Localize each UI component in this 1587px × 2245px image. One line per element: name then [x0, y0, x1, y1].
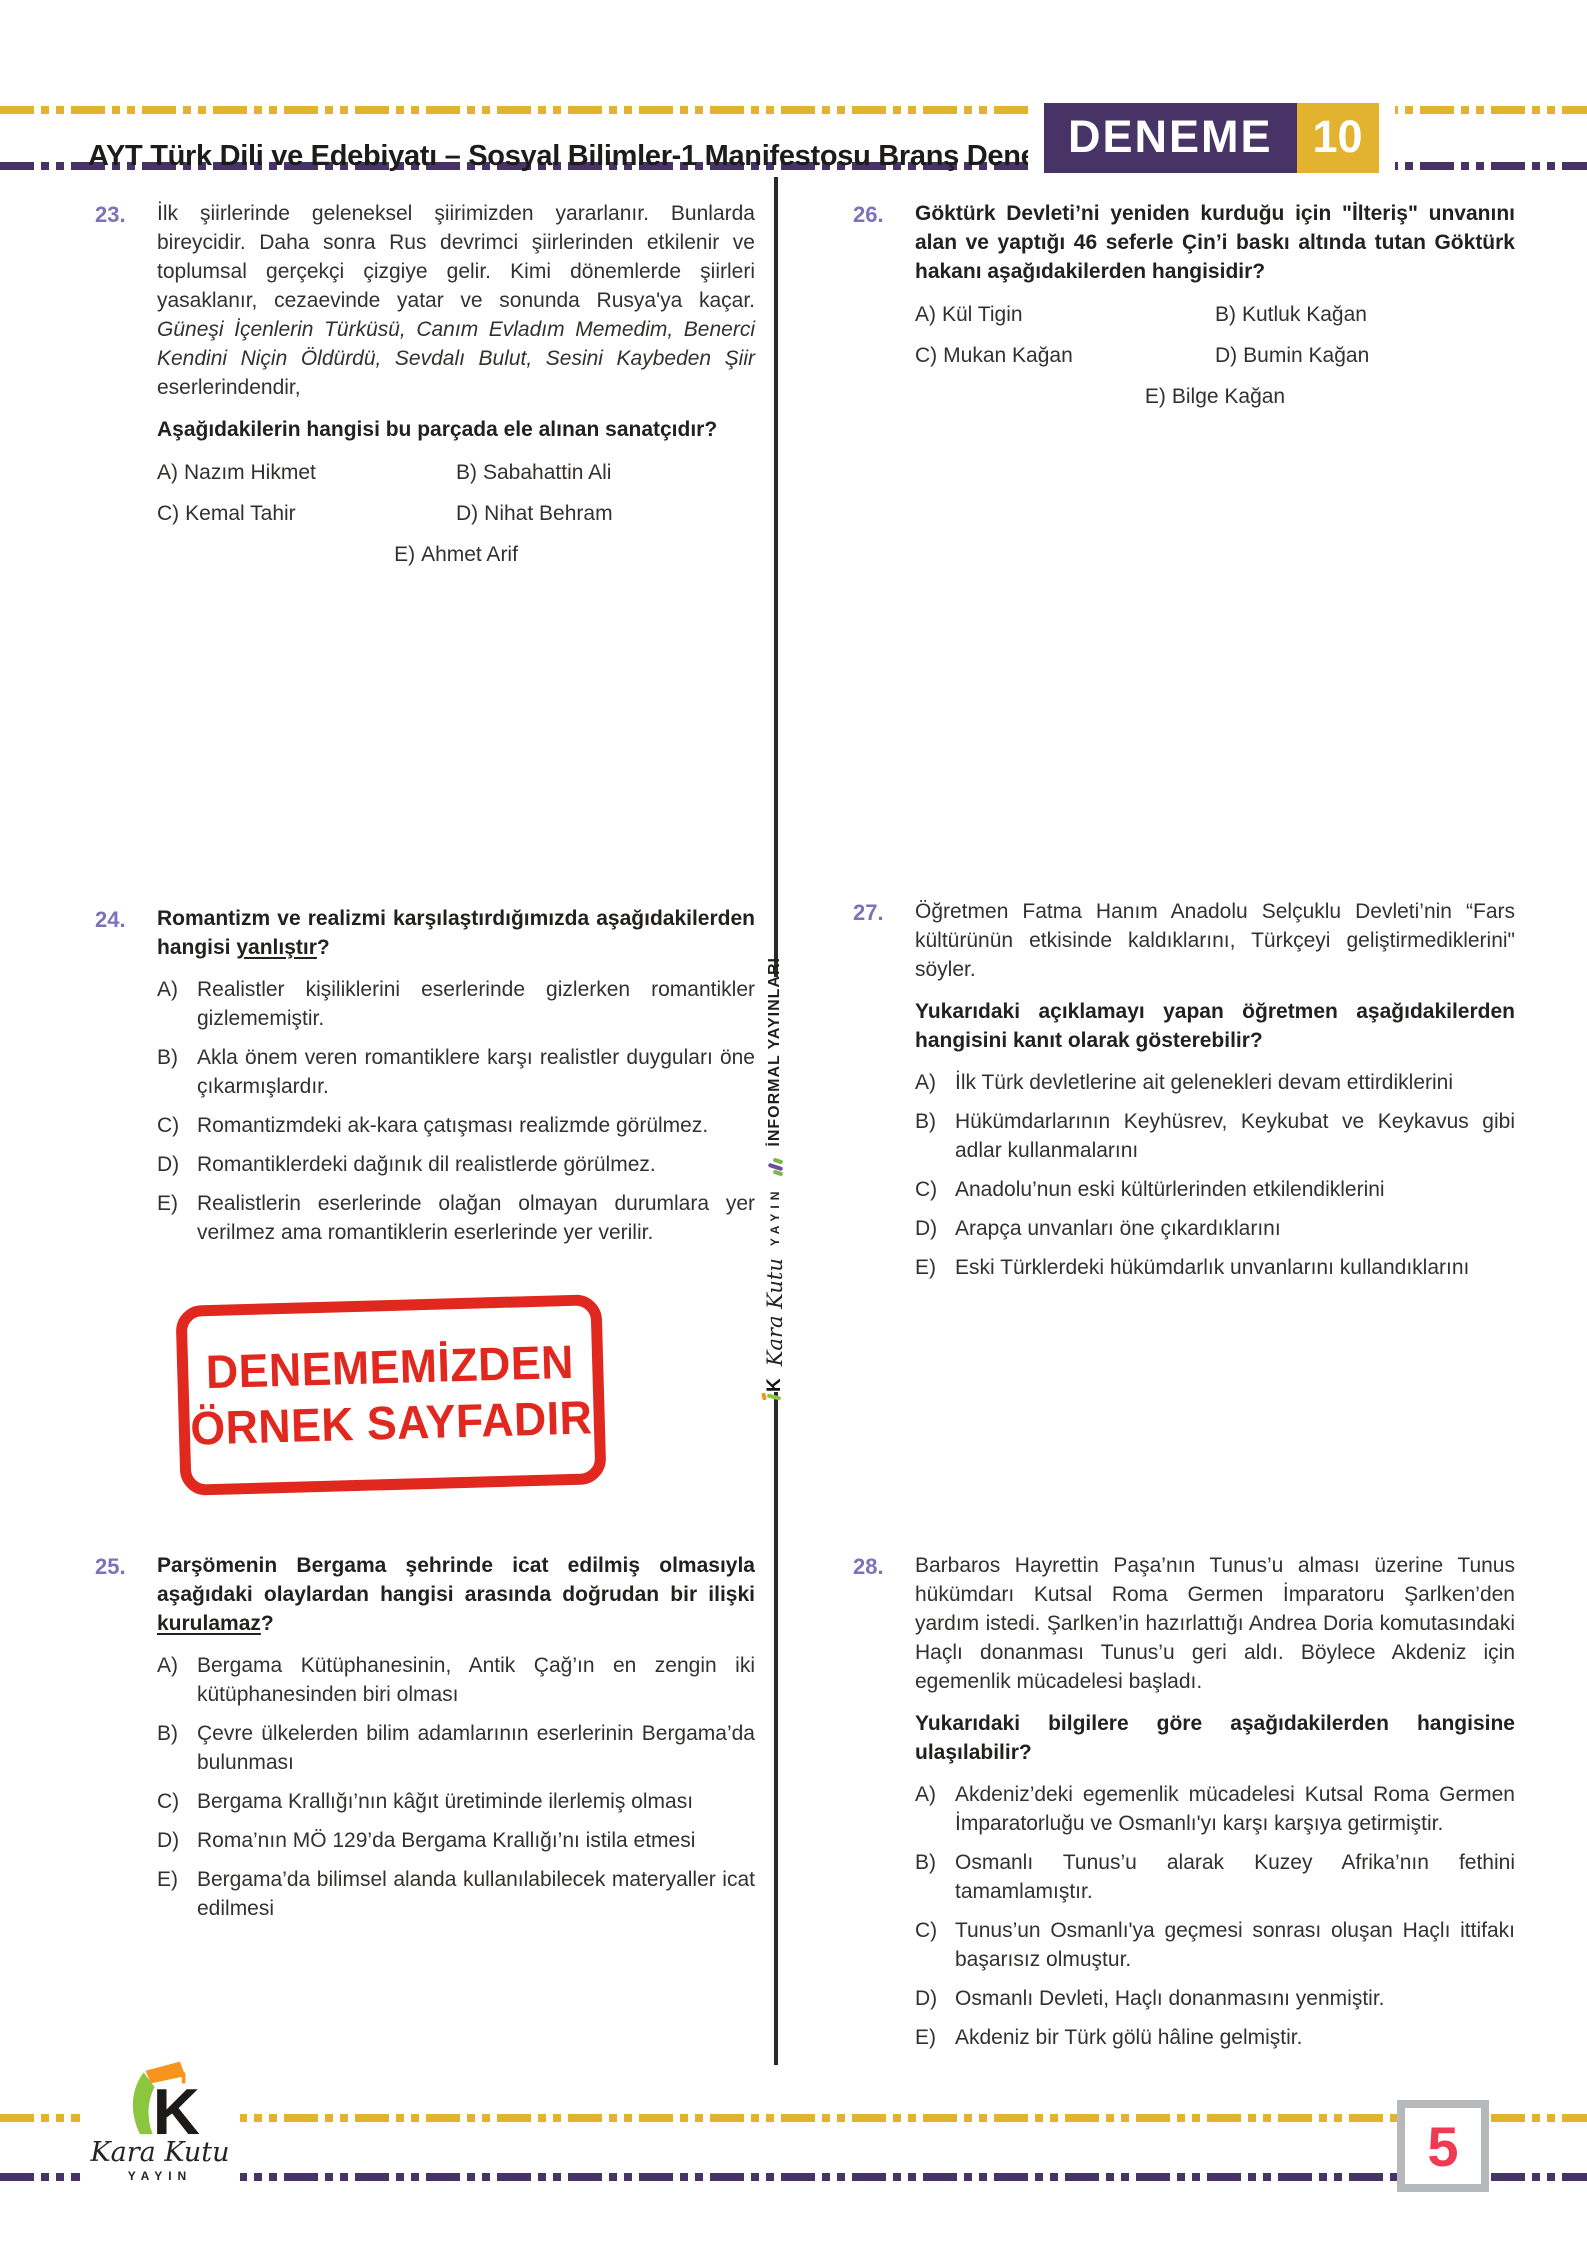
option-b: B)Çevre ülkelerden bilim adamlarının ese…	[157, 1720, 755, 1778]
question-28: 28. Barbaros Hayrettin Paşa’nın Tunus’u …	[853, 1552, 1515, 2053]
options: A)Nazım Hikmet B)Sabahattin Ali C)Kemal …	[157, 459, 755, 570]
question-24: 24. Romantizm ve realizmi karşılaştırdığ…	[95, 905, 755, 1248]
column-divider-line-top	[774, 177, 778, 977]
question-stem: Yukarıdaki bilgilere göre aşağıdakilerde…	[915, 1710, 1515, 1768]
option-b: B)Kutluk Kağan	[1215, 301, 1515, 330]
page-number-box: 5	[1397, 2100, 1489, 2192]
stamp-line-2: ÖRNEK SAYFADIR	[190, 1389, 593, 1456]
badge-number: 10	[1297, 103, 1379, 173]
question-intro: Barbaros Hayrettin Paşa’nın Tunus’u alma…	[915, 1552, 1515, 1697]
page-title: AYT Türk Dili ve Edebiyatı – Sosyal Bili…	[88, 140, 1101, 173]
question-stem: Yukarıdaki açıklamayı yapan öğretmen aşa…	[915, 998, 1515, 1056]
option-c: C)Romantizmdeki ak-kara çatışması realiz…	[157, 1112, 755, 1141]
question-stem: Romantizm ve realizmi karşılaştırdığımız…	[157, 905, 755, 963]
question-stem: Parşömenin Bergama şehrinde icat edilmiş…	[157, 1552, 755, 1639]
option-e: E)Realistlerin eserlerinde olağan olmaya…	[157, 1190, 755, 1248]
option-c: C)Mukan Kağan	[915, 342, 1215, 371]
publisher-script-label: Kara Kutu	[763, 1258, 787, 1366]
question-intro: İlk şiirlerinde geleneksel şiirimizden y…	[157, 200, 755, 403]
option-d: D)Romantiklerdeki dağınık dil realistler…	[157, 1151, 755, 1180]
options: A)Realistler kişiliklerini eserlerinde g…	[157, 976, 755, 1248]
karakutu-mini-logo-icon: K	[764, 1378, 786, 1392]
option-c: C)Bergama Krallığı’nın kâğıt üretiminde …	[157, 1788, 755, 1817]
option-b: B)Sabahattin Ali	[456, 459, 755, 488]
question-25: 25. Parşömenin Bergama şehrinde icat edi…	[95, 1552, 755, 1924]
question-27: 27. Öğretmen Fatma Hanım Anadolu Selçukl…	[853, 898, 1515, 1283]
option-e: E)Ahmet Arif	[394, 541, 518, 570]
publisher-bold-label: İNFORMAL YAYINLARI	[766, 957, 784, 1147]
sample-page-stamp: DENEMEMİZDEN ÖRNEK SAYFADIR	[175, 1294, 606, 1496]
option-a: A)Kül Tigin	[915, 301, 1215, 330]
question-number: 28.	[853, 1552, 915, 2053]
option-e: E)Bergama’da bilimsel alanda kullanılabi…	[157, 1866, 755, 1924]
question-number: 26.	[853, 200, 915, 412]
option-c: C)Tunus’un Osmanlı'ya geçmesi sonrası ol…	[915, 1917, 1515, 1975]
option-d: D)Arapça unvanları öne çıkardıklarını	[915, 1215, 1515, 1244]
informal-mini-logo-icon	[768, 1159, 783, 1175]
karakutu-logo-icon: K	[105, 2058, 215, 2136]
question-stem: Aşağıdakilerin hangisi bu parçada ele al…	[157, 416, 755, 445]
option-d: D)Osmanlı Devleti, Haçlı donanmasını yen…	[915, 1985, 1515, 2014]
svg-text:K: K	[153, 2075, 200, 2136]
option-e: E)Bilge Kağan	[1145, 383, 1285, 412]
options: A)Kül Tigin B)Kutluk Kağan C)Mukan Kağan…	[915, 301, 1515, 412]
stamp-line-1: DENEMEMİZDEN	[206, 1334, 575, 1400]
option-b: B)Hükümdarlarının Keyhüsrev, Keykubat ve…	[915, 1108, 1515, 1166]
question-26: 26. Göktürk Devleti’ni yeniden kurduğu i…	[853, 200, 1515, 412]
karakutu-logo: K Kara Kutu YAYIN	[80, 2058, 240, 2198]
deneme-badge: DENEME 10	[1028, 96, 1395, 180]
publisher-vertical-text: K Kara Kutu YAYIN İNFORMAL YAYINLARI	[752, 977, 798, 1392]
question-number: 25.	[95, 1552, 157, 1924]
page-number: 5	[1427, 2114, 1458, 2179]
question-number: 24.	[95, 905, 157, 1248]
option-a: A)Nazım Hikmet	[157, 459, 456, 488]
badge-label: DENEME	[1044, 103, 1297, 173]
option-a: A)Akdeniz’deki egemenlik mücadelesi Kuts…	[915, 1781, 1515, 1839]
question-number: 23.	[95, 200, 157, 570]
option-d: D)Bumin Kağan	[1215, 342, 1515, 371]
options: A)İlk Türk devletlerine ait gelenekleri …	[915, 1069, 1515, 1283]
option-e: E)Eski Türklerdeki hükümdarlık unvanları…	[915, 1254, 1515, 1283]
option-c: C)Kemal Tahir	[157, 500, 456, 529]
logo-title: Kara Kutu	[80, 2137, 240, 2168]
logo-subtitle: YAYIN	[80, 2169, 240, 2183]
option-b: B)Akla önem veren romantiklere karşı rea…	[157, 1044, 755, 1102]
question-number: 27.	[853, 898, 915, 1283]
question-intro: Öğretmen Fatma Hanım Anadolu Selçuklu De…	[915, 898, 1515, 985]
question-stem: Göktürk Devleti’ni yeniden kurduğu için …	[915, 200, 1515, 287]
question-23: 23. İlk şiirlerinde geleneksel şiirimizd…	[95, 200, 755, 570]
option-b: B)Osmanlı Tunus’u alarak Kuzey Afrika’nı…	[915, 1849, 1515, 1907]
option-d: D)Roma’nın MÖ 129’da Bergama Krallığı’nı…	[157, 1827, 755, 1856]
options: A)Bergama Kütüphanesinin, Antik Çağ’ın e…	[157, 1652, 755, 1924]
options: A)Akdeniz’deki egemenlik mücadelesi Kuts…	[915, 1781, 1515, 2053]
column-divider-line-bottom	[774, 1392, 778, 2065]
option-a: A)Realistler kişiliklerini eserlerinde g…	[157, 976, 755, 1034]
option-c: C)Anadolu’nun eski kültürlerinden etkile…	[915, 1176, 1515, 1205]
publisher-small-label: YAYIN	[768, 1187, 782, 1246]
exam-page: AYT Türk Dili ve Edebiyatı – Sosyal Bili…	[0, 0, 1587, 2245]
option-d: D)Nihat Behram	[456, 500, 755, 529]
option-e: E)Akdeniz bir Türk gölü hâline gelmiştir…	[915, 2024, 1515, 2053]
option-a: A)Bergama Kütüphanesinin, Antik Çağ’ın e…	[157, 1652, 755, 1710]
option-a: A)İlk Türk devletlerine ait gelenekleri …	[915, 1069, 1515, 1098]
